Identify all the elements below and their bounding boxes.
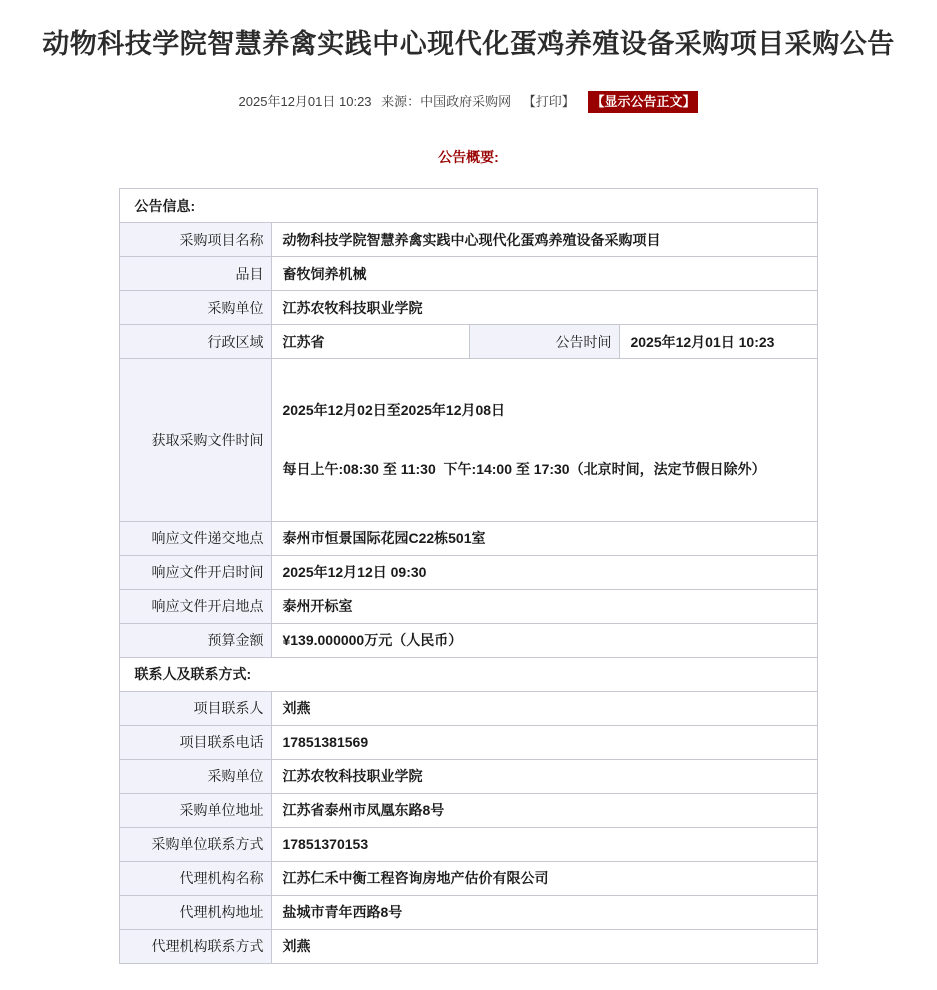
- row-label: 响应文件开启地点: [120, 589, 272, 623]
- row-value: 动物科技学院智慧养禽实践中心现代化蛋鸡养殖设备采购项目: [272, 223, 817, 257]
- row-value: 畜牧饲养机械: [272, 257, 817, 291]
- row-value: 刘燕: [272, 691, 817, 725]
- table-row: 响应文件开启地点 泰州开标室: [120, 589, 817, 623]
- table-row: 项目联系人 刘燕: [120, 691, 817, 725]
- row-label: 响应文件开启时间: [120, 555, 272, 589]
- row-label: 代理机构联系方式: [120, 929, 272, 963]
- table-row: 项目联系电话 17851381569: [120, 725, 817, 759]
- row-value-line-2: 每日上午:08:30 至 11:30 下午:14:00 至 17:30（北京时间…: [282, 456, 812, 483]
- row-value: 江苏仁禾中衡工程咨询房地产估价有限公司: [272, 861, 817, 895]
- section-heading-contacts: 联系人及联系方式:: [120, 657, 817, 691]
- table-row-section-contacts: 联系人及联系方式:: [120, 657, 817, 691]
- row-label: 采购单位: [120, 759, 272, 793]
- row-label: 采购项目名称: [120, 223, 272, 257]
- row-value: 江苏省: [272, 325, 470, 359]
- row-label: 采购单位地址: [120, 793, 272, 827]
- row-label: 获取采购文件时间: [120, 359, 272, 521]
- row-label: 品目: [120, 257, 272, 291]
- table-row: 采购项目名称 动物科技学院智慧养禽实践中心现代化蛋鸡养殖设备采购项目: [120, 223, 817, 257]
- show-notice-button[interactable]: 【显示公告正文】: [588, 91, 698, 113]
- table-row: 采购单位地址 江苏省泰州市凤凰东路8号: [120, 793, 817, 827]
- row-label: 项目联系电话: [120, 725, 272, 759]
- row-value: 2025年12月12日 09:30: [272, 555, 817, 589]
- meta-line: 2025年12月01日 10:23 来源：中国政府采购网 【打印】 【显示公告正…: [0, 91, 937, 113]
- publish-datetime: 2025年12月01日 10:23: [239, 94, 372, 109]
- row-value: 刘燕: [272, 929, 817, 963]
- row-value: ¥139.000000万元（人民币）: [272, 623, 817, 657]
- source-label: 来源：中国政府采购网: [381, 94, 511, 109]
- row-label: 公告时间: [470, 325, 620, 359]
- table-row: 采购单位联系方式 17851370153: [120, 827, 817, 861]
- table-row: 代理机构名称 江苏仁禾中衡工程咨询房地产估价有限公司: [120, 861, 817, 895]
- row-value: 盐城市青年西路8号: [272, 895, 817, 929]
- table-row: 品目 畜牧饲养机械: [120, 257, 817, 291]
- row-value: 江苏农牧科技职业学院: [272, 759, 817, 793]
- table-row: 预算金额 ¥139.000000万元（人民币）: [120, 623, 817, 657]
- table-row: 采购单位 江苏农牧科技职业学院: [120, 291, 817, 325]
- print-button[interactable]: 【打印】: [523, 94, 575, 109]
- row-value: 江苏省泰州市凤凰东路8号: [272, 793, 817, 827]
- row-value: 2025年12月01日 10:23: [620, 325, 817, 359]
- row-value: 泰州开标室: [272, 589, 817, 623]
- table-row: 采购单位 江苏农牧科技职业学院: [120, 759, 817, 793]
- row-value: 17851370153: [272, 827, 817, 861]
- table-row-two-pairs: 行政区域 江苏省 公告时间 2025年12月01日 10:23: [120, 325, 817, 359]
- table-row: 响应文件递交地点 泰州市恒景国际花园C22栋501室: [120, 521, 817, 555]
- announcement-info-table: 公告信息: 采购项目名称 动物科技学院智慧养禽实践中心现代化蛋鸡养殖设备采购项目…: [119, 188, 817, 963]
- table-row-section-info: 公告信息:: [120, 189, 817, 223]
- row-label: 行政区域: [120, 325, 272, 359]
- row-label: 代理机构地址: [120, 895, 272, 929]
- announcement-page: 动物科技学院智慧养禽实践中心现代化蛋鸡养殖设备采购项目采购公告 2025年12月…: [0, 28, 937, 964]
- row-label: 响应文件递交地点: [120, 521, 272, 555]
- table-row-multiline: 获取采购文件时间 2025年12月02日至2025年12月08日 每日上午:08…: [120, 359, 817, 521]
- row-value: 2025年12月02日至2025年12月08日 每日上午:08:30 至 11:…: [272, 359, 817, 521]
- row-label: 预算金额: [120, 623, 272, 657]
- row-value: 17851381569: [272, 725, 817, 759]
- section-heading-info: 公告信息:: [120, 189, 817, 223]
- row-label: 代理机构名称: [120, 861, 272, 895]
- row-label: 采购单位: [120, 291, 272, 325]
- summary-heading: 公告概要:: [0, 147, 937, 167]
- row-value: 江苏农牧科技职业学院: [272, 291, 817, 325]
- table-row: 响应文件开启时间 2025年12月12日 09:30: [120, 555, 817, 589]
- page-title: 动物科技学院智慧养禽实践中心现代化蛋鸡养殖设备采购项目采购公告: [0, 28, 937, 60]
- row-label: 采购单位联系方式: [120, 827, 272, 861]
- row-value-line-1: 2025年12月02日至2025年12月08日: [282, 397, 812, 424]
- table-row: 代理机构地址 盐城市青年西路8号: [120, 895, 817, 929]
- row-label: 项目联系人: [120, 691, 272, 725]
- row-value: 泰州市恒景国际花园C22栋501室: [272, 521, 817, 555]
- table-row: 代理机构联系方式 刘燕: [120, 929, 817, 963]
